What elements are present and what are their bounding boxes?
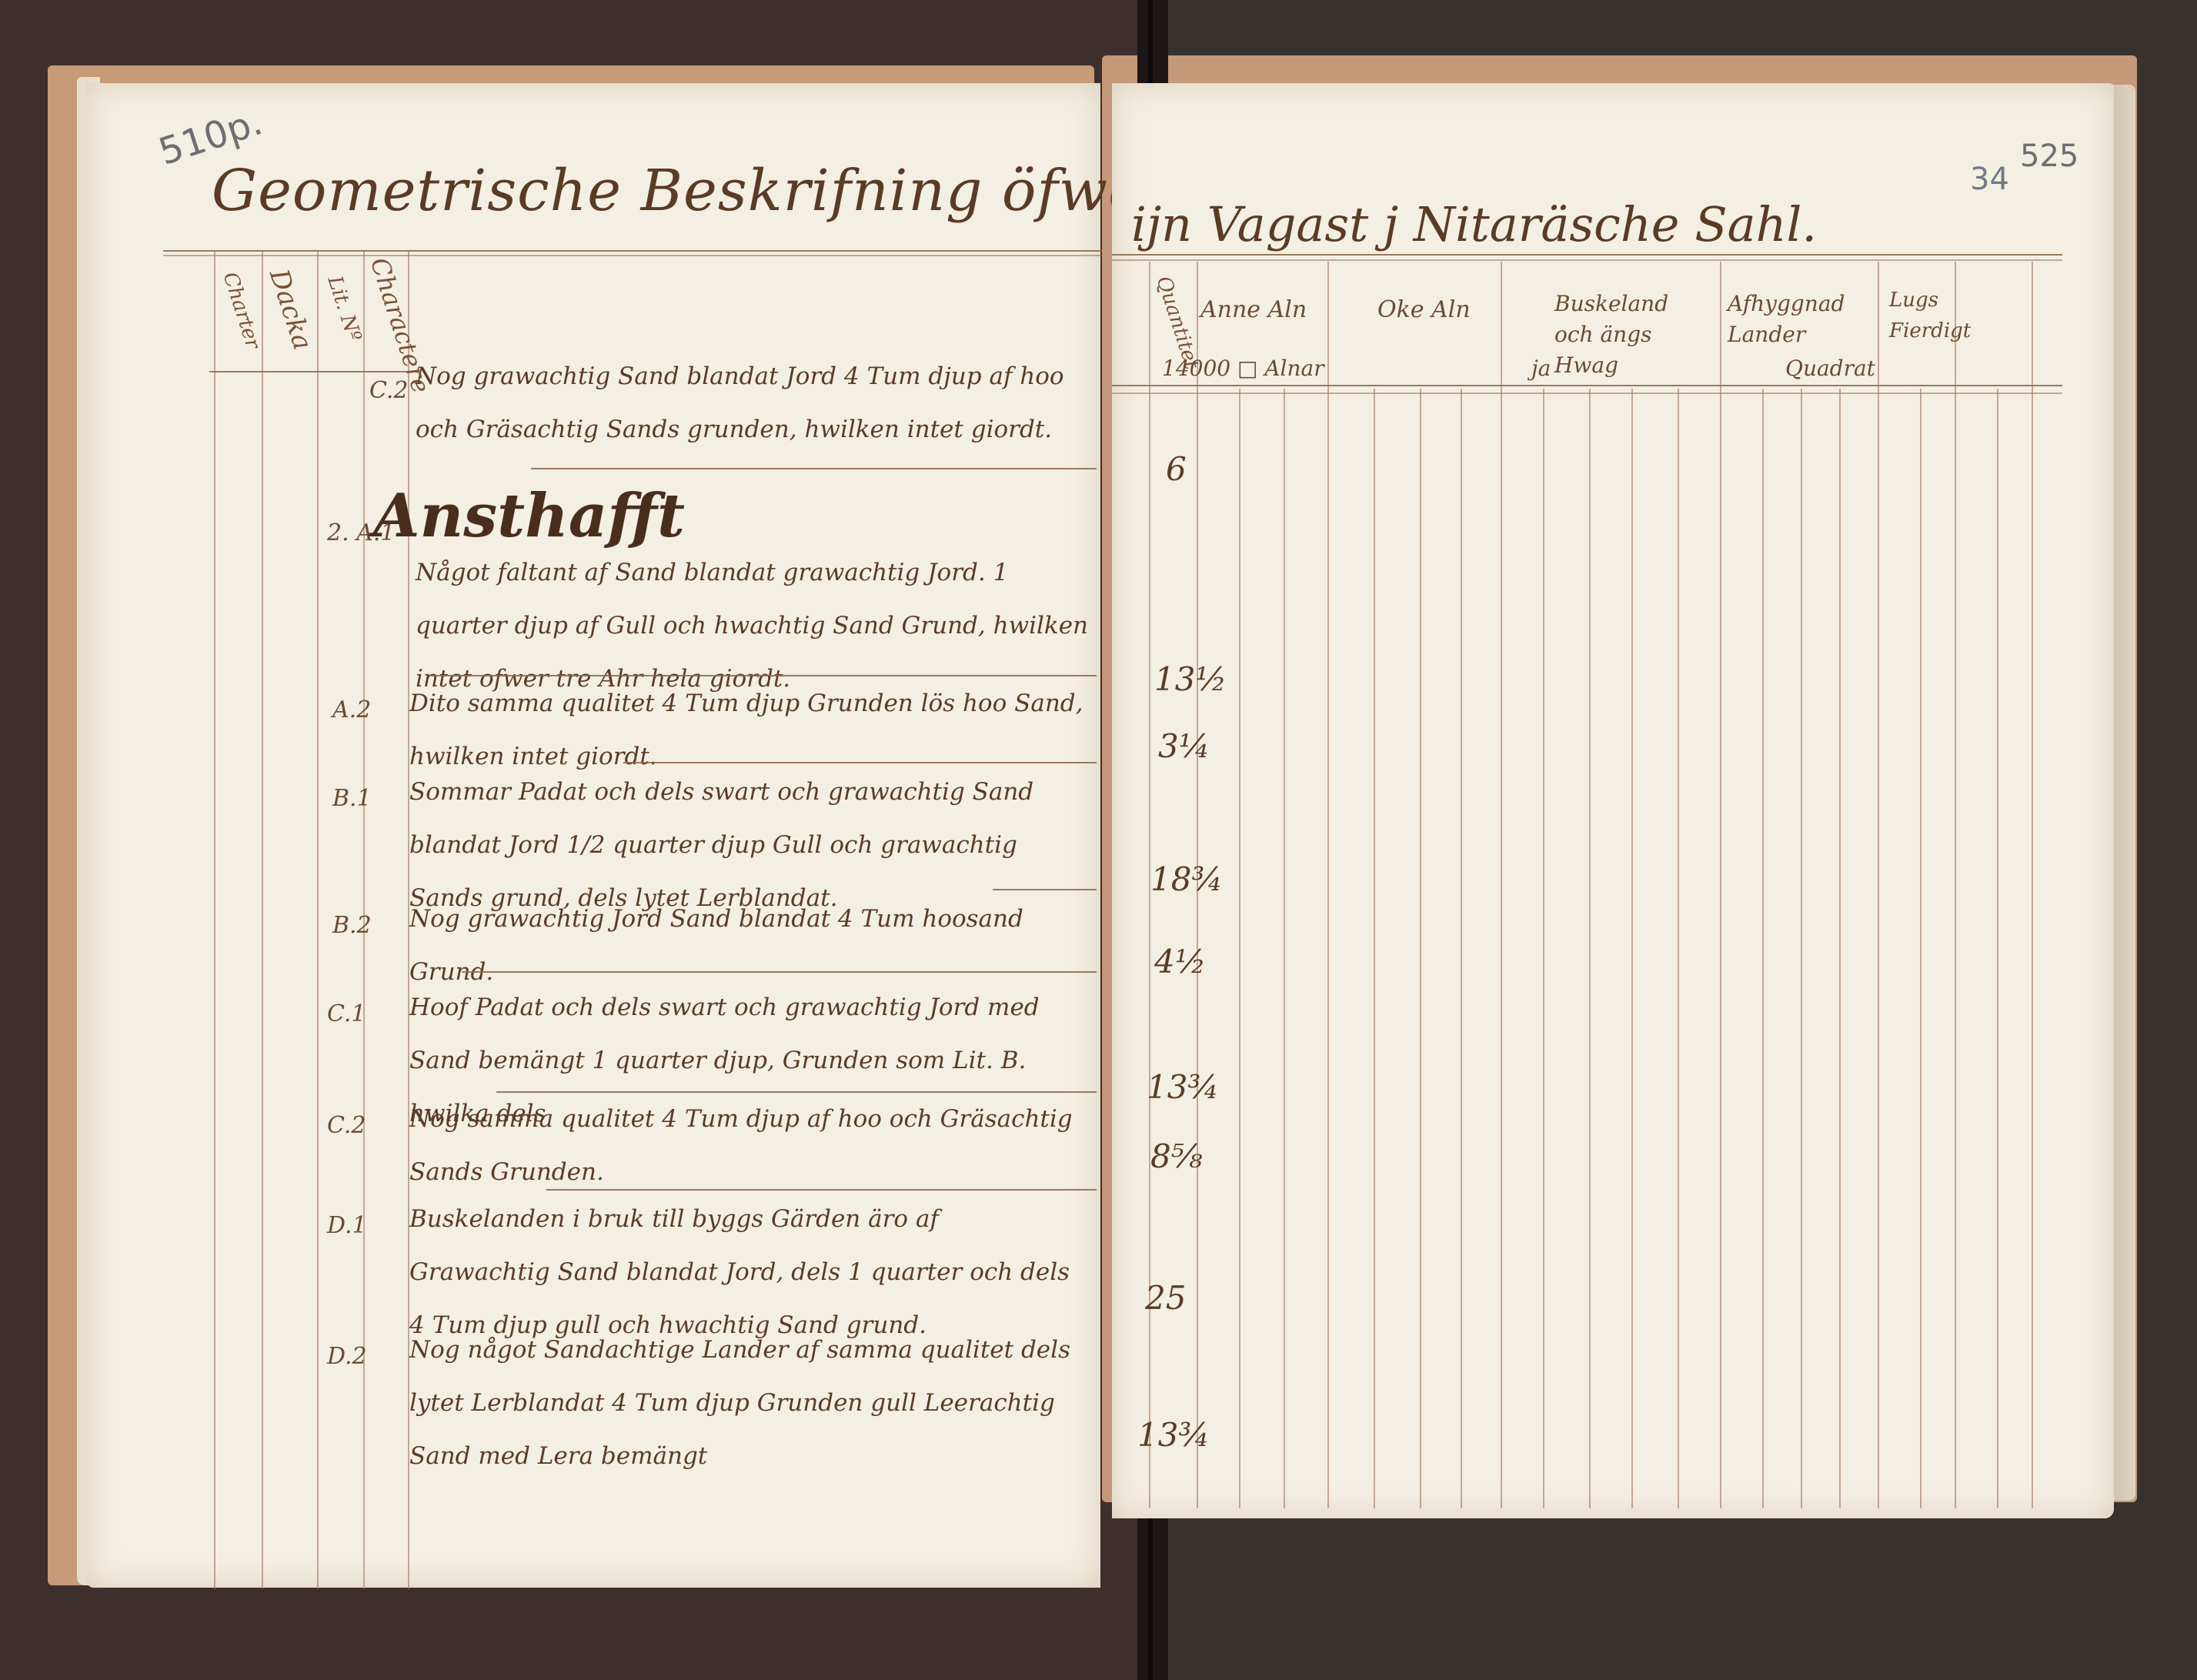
pencil-folio-right: 525 — [2020, 139, 2078, 174]
column-rule — [1374, 389, 1375, 1508]
column-rule — [1284, 389, 1285, 1508]
col-header-lugs: Lugs Fierdigt — [1889, 285, 2005, 346]
value-cell: 3¼ — [1158, 727, 1210, 765]
entry-ref: D.2 — [327, 1343, 367, 1370]
header-unit-quadrat: Quadrat — [1785, 356, 1875, 381]
value-cell: 6 — [1166, 450, 1187, 488]
entry-rule — [546, 1189, 1097, 1191]
column-rule — [1420, 389, 1421, 1508]
entry-text: Nog samma qualitet 4 Tum djup af hoo och… — [409, 1093, 1087, 1199]
entry-ref: C.1 — [327, 1000, 366, 1027]
column-rule — [1239, 389, 1240, 1508]
column-rule — [1839, 389, 1841, 1508]
column-rule — [1631, 389, 1633, 1508]
entry-ref: C.2 — [327, 1112, 366, 1139]
column-rule — [1762, 389, 1764, 1508]
col-header-anne-aln: Anne Aln — [1200, 296, 1307, 323]
entry-rule — [993, 889, 1097, 890]
entry-rule — [462, 971, 1097, 973]
title-rule-left-2 — [163, 255, 1102, 256]
value-cell: 13¾ — [1137, 1416, 1210, 1454]
header-rule-left — [209, 371, 409, 372]
column-rule — [2032, 262, 2033, 1508]
title-rule-right-2 — [1112, 259, 2062, 261]
column-rule — [1327, 262, 1329, 1508]
column-rule — [1589, 389, 1591, 1508]
value-cell: 25 — [1145, 1279, 1186, 1317]
column-rule — [1878, 262, 1879, 1508]
column-rule — [1955, 262, 1956, 1508]
title-rule-left — [163, 250, 1102, 252]
column-rule — [1801, 389, 1802, 1508]
entry-text: Nog något Sandachtige Lander af samma qu… — [409, 1324, 1087, 1483]
col-header-oke-aln: Oke Aln — [1377, 296, 1471, 323]
header-rule-right — [1112, 385, 2062, 386]
value-cell: 13¾ — [1147, 1068, 1219, 1106]
entry-text: Nog grawachtig Sand blandat Jord 4 Tum d… — [416, 350, 1093, 456]
page-title-right: ijn Vagast j Nitaräsche Sahl. — [1131, 196, 1817, 252]
column-rule — [1543, 389, 1544, 1508]
entry-ref: A.2 — [332, 696, 371, 723]
column-rule — [214, 250, 215, 1589]
value-cell: 13½ — [1154, 660, 1227, 698]
column-rule — [1501, 262, 1502, 1508]
entry-rule — [431, 675, 1097, 676]
entry-rule — [623, 762, 1097, 763]
value-cell: 18¾ — [1150, 860, 1223, 898]
entry-ref: C.2 — [369, 377, 409, 404]
value-cell: 8⅝ — [1150, 1137, 1202, 1175]
entry-ref: D.1 — [327, 1212, 367, 1239]
entry-ref: B.2 — [332, 912, 372, 939]
title-rule-right — [1112, 254, 2062, 256]
column-rule — [1997, 389, 1998, 1508]
column-rule — [1678, 389, 1679, 1508]
col-header-afhyggnad: Afhyggnad Lander — [1728, 289, 1874, 350]
column-rule — [1461, 389, 1462, 1508]
header-unit-ja: ja — [1531, 356, 1551, 381]
column-rule — [317, 250, 319, 1589]
col-header-buskeland: Buskeland och ängs Hwag — [1554, 289, 1708, 381]
pencil-folio-right-2: 34 — [1970, 162, 2009, 197]
value-cell: 4½ — [1154, 943, 1206, 980]
entry-rule — [531, 468, 1097, 469]
column-rule — [1920, 389, 1922, 1508]
column-rule — [262, 250, 263, 1589]
column-rule — [1720, 262, 1721, 1508]
entry-ref: B.1 — [332, 785, 372, 812]
section-heading: Ansthafft — [373, 481, 685, 551]
header-unit-alnar: 14000 □ Alnar — [1162, 356, 1324, 381]
